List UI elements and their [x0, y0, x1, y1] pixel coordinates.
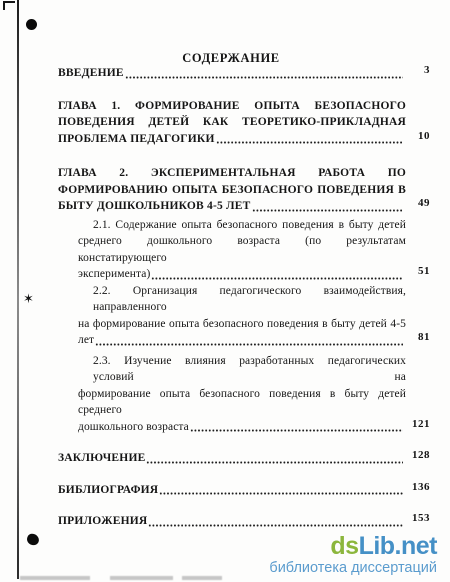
toc-entry-chapter-1: ГЛАВА 1. ФОРМИРОВАНИЕ ОПЫТА БЕЗОПАСНОГО …: [58, 98, 430, 148]
toc-entry-label: дошкольного возраста: [78, 419, 189, 436]
dslib-logo: dsLib.net: [269, 534, 437, 559]
scan-smudge: [110, 576, 173, 580]
dot-leader: [190, 429, 403, 432]
page-number: 136: [412, 479, 430, 496]
page-number: 3: [424, 62, 430, 79]
dot-leader: [146, 461, 403, 464]
table-of-contents: СОДЕРЖАНИЕ ВВЕДЕНИЕ 3 ГЛАВА 1. ФОРМИРОВА…: [58, 51, 430, 530]
toc-line: 2.2. Организация педагогического взаимод…: [78, 283, 406, 316]
page-number: 128: [412, 447, 430, 464]
page-number: 121: [412, 416, 430, 433]
dot-leader: [252, 209, 403, 212]
page-number: 51: [418, 263, 430, 280]
dslib-logo-suffix: Lib.net: [359, 532, 437, 560]
toc-entry-label: лет: [78, 332, 94, 349]
dslib-logo-link[interactable]: dsLib.net библиотека диссертаций: [269, 534, 437, 576]
ink-dot-mark-bottom: [26, 533, 40, 547]
page-number: 153: [412, 510, 430, 527]
dot-leader: [125, 76, 403, 79]
toc-line: на формирование опыта безопасного поведе…: [78, 316, 406, 333]
toc-entry-label: ЗАКЛЮЧЕНИЕ: [58, 450, 145, 467]
toc-entry-vvedenie: ВВЕДЕНИЕ 3: [58, 65, 430, 82]
toc-entry-chapter-2: ГЛАВА 2. ЭКСПЕРИМЕНТАЛЬНАЯ РАБОТА ПО ФОР…: [58, 165, 430, 215]
toc-entry-prilozheniya: ПРИЛОЖЕНИЯ 153: [58, 513, 430, 530]
toc-entry-label: ПРИЛОЖЕНИЯ: [58, 513, 147, 530]
toc-line: ФОРМИРОВАНИЮ ОПЫТА БЕЗОПАСНОГО ПОВЕДЕНИЯ…: [58, 182, 406, 199]
page-number: 10: [418, 128, 430, 145]
scan-edge-line: [17, 0, 19, 579]
toc-entry-2-2: 2.2. Организация педагогического взаимод…: [78, 283, 430, 349]
toc-line: ПОВЕДЕНИЯ ДЕТЕЙ КАК ТЕОРЕТИКО-ПРИКЛАДНАЯ: [58, 114, 406, 131]
scanned-toc-page: ✶ СОДЕРЖАНИЕ ВВЕДЕНИЕ 3 ГЛАВА 1. ФОРМИРО…: [0, 0, 450, 582]
dot-leader: [216, 141, 403, 144]
toc-entry-2-1: 2.1. Содержание опыта безопасного поведе…: [78, 217, 430, 283]
toc-entry-zaklyuchenie: ЗАКЛЮЧЕНИЕ 128: [58, 450, 430, 467]
dot-leader: [95, 343, 403, 346]
dslib-logo-prefix: ds: [330, 532, 358, 560]
dot-leader: [148, 524, 403, 527]
toc-entry-label: БИБЛИОГРАФИЯ: [58, 482, 158, 499]
dot-leader: [159, 492, 403, 495]
dslib-tagline: библиотека диссертаций: [269, 560, 437, 576]
toc-line: формирование опыта безопасного поведения…: [78, 386, 406, 419]
toc-entry-label: БЫТУ ДОШКОЛЬНИКОВ 4-5 ЛЕТ: [58, 198, 251, 215]
toc-line: ГЛАВА 2. ЭКСПЕРИМЕНТАЛЬНАЯ РАБОТА ПО: [58, 165, 406, 182]
scan-smudge: [182, 576, 222, 580]
toc-entry-2-3: 2.3. Изучение влияния разработанных педа…: [78, 353, 430, 436]
toc-entry-label: эксперимента): [78, 266, 150, 283]
toc-line: 2.1. Содержание опыта безопасного поведе…: [78, 217, 406, 234]
toc-entry-label: ПРОБЛЕМА ПЕДАГОГИКИ: [58, 131, 215, 148]
toc-line: ГЛАВА 1. ФОРМИРОВАНИЕ ОПЫТА БЕЗОПАСНОГО: [58, 98, 406, 115]
toc-line: среднего дошкольного возраста (по резуль…: [78, 233, 406, 266]
page-number: 49: [418, 195, 430, 212]
page-number: 81: [418, 329, 430, 346]
page-title: СОДЕРЖАНИЕ: [58, 51, 430, 65]
corner-scan-mark: [3, 1, 15, 10]
toc-line: 2.3. Изучение влияния разработанных педа…: [78, 353, 406, 386]
toc-entry-label: ВВЕДЕНИЕ: [58, 65, 124, 82]
dot-leader: [151, 277, 403, 280]
ink-dot-mark-top: [26, 19, 37, 30]
scan-smudge: [20, 576, 90, 580]
toc-entry-bibliografiya: БИБЛИОГРАФИЯ 136: [58, 482, 430, 499]
star-mark: ✶: [23, 293, 34, 306]
